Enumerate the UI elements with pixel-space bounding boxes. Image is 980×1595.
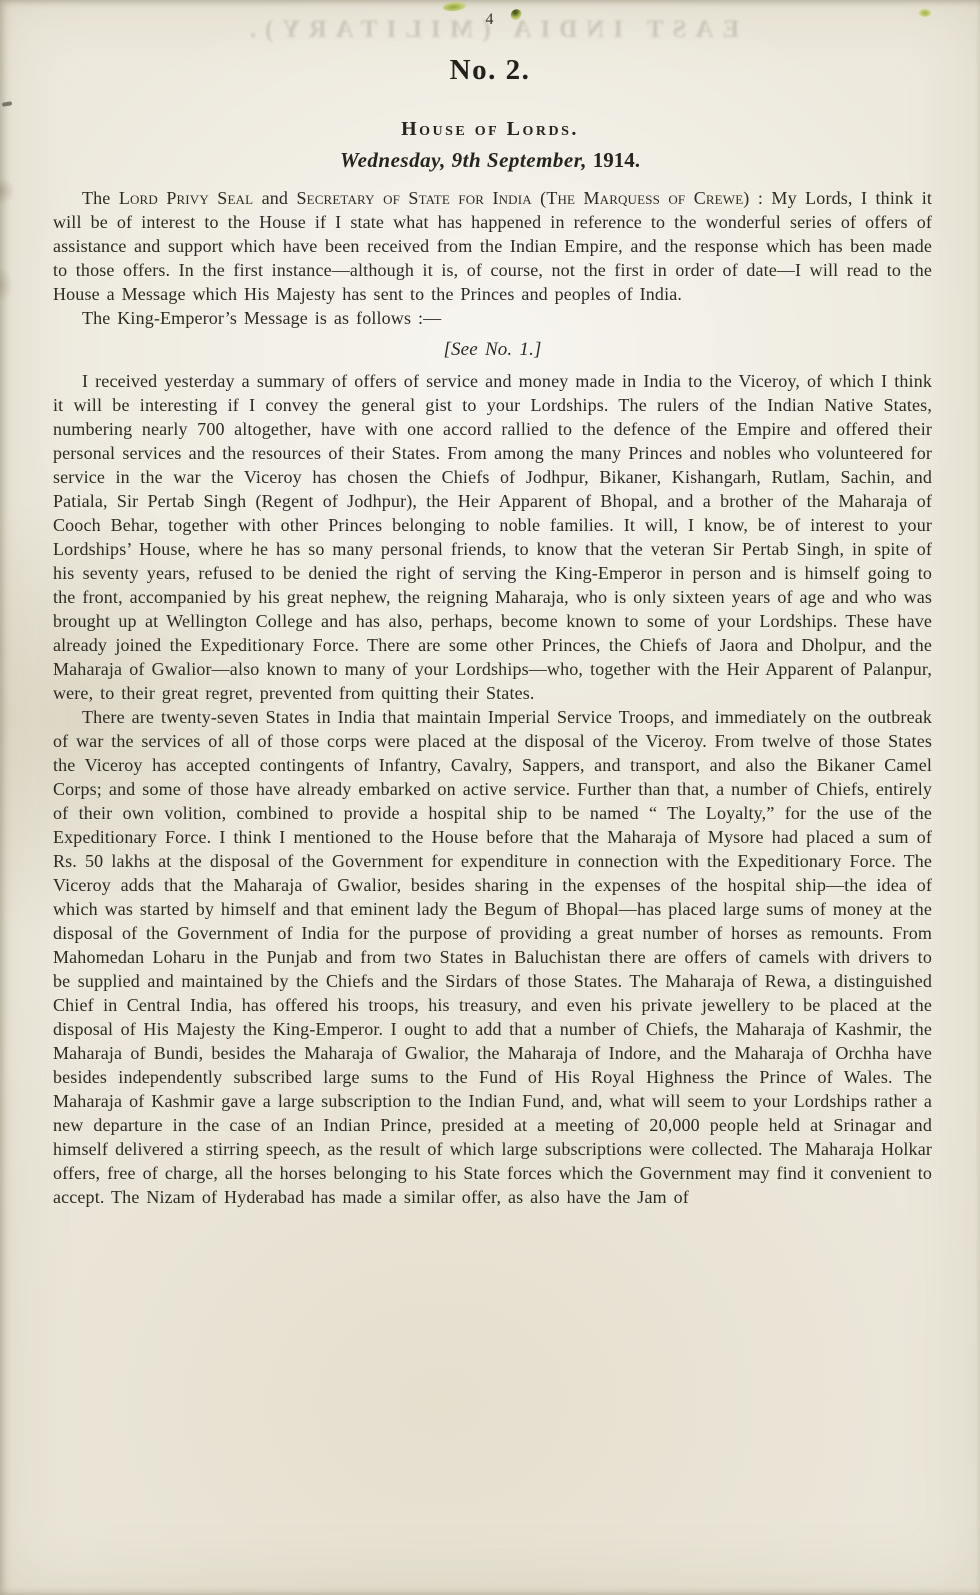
speech-paragraph-2: I received yesterday a summary of offers… [53, 369, 932, 705]
date-year: 1914. [593, 148, 640, 172]
para1-paren: ( [532, 188, 547, 208]
see-reference: [See No. 1.] [53, 338, 932, 362]
document-number-heading: No. 2. [0, 54, 980, 87]
date-heading: Wednesday, 9th September, 1914. [0, 148, 980, 173]
speech-body: The Lord Privy Seal and Secretary of Sta… [53, 186, 932, 1209]
para1-conjunction: and [253, 188, 296, 208]
speaker-name: The Marquess of Crewe [546, 188, 743, 208]
para1-prefix: The [82, 188, 119, 208]
venue-heading: House of Lords. [0, 118, 980, 141]
speaker-title-2: Secretary of State for India [296, 188, 531, 208]
page-number: 4 [0, 0, 980, 29]
speech-paragraph-1: The Lord Privy Seal and Secretary of Sta… [53, 186, 932, 306]
document-page: EAST INDIA (MILITARY). 4 No. 2. House of… [0, 0, 980, 1595]
edge-smudge [0, 268, 12, 302]
edge-smudge [0, 178, 14, 204]
ink-speck [2, 101, 13, 107]
message-intro-line: The King-Emperor’s Message is as follows… [53, 306, 932, 330]
speech-paragraph-3: There are twenty-seven States in India t… [53, 705, 932, 1209]
date-text: Wednesday, 9th September, [340, 148, 593, 172]
speaker-title-1: Lord Privy Seal [119, 188, 253, 208]
